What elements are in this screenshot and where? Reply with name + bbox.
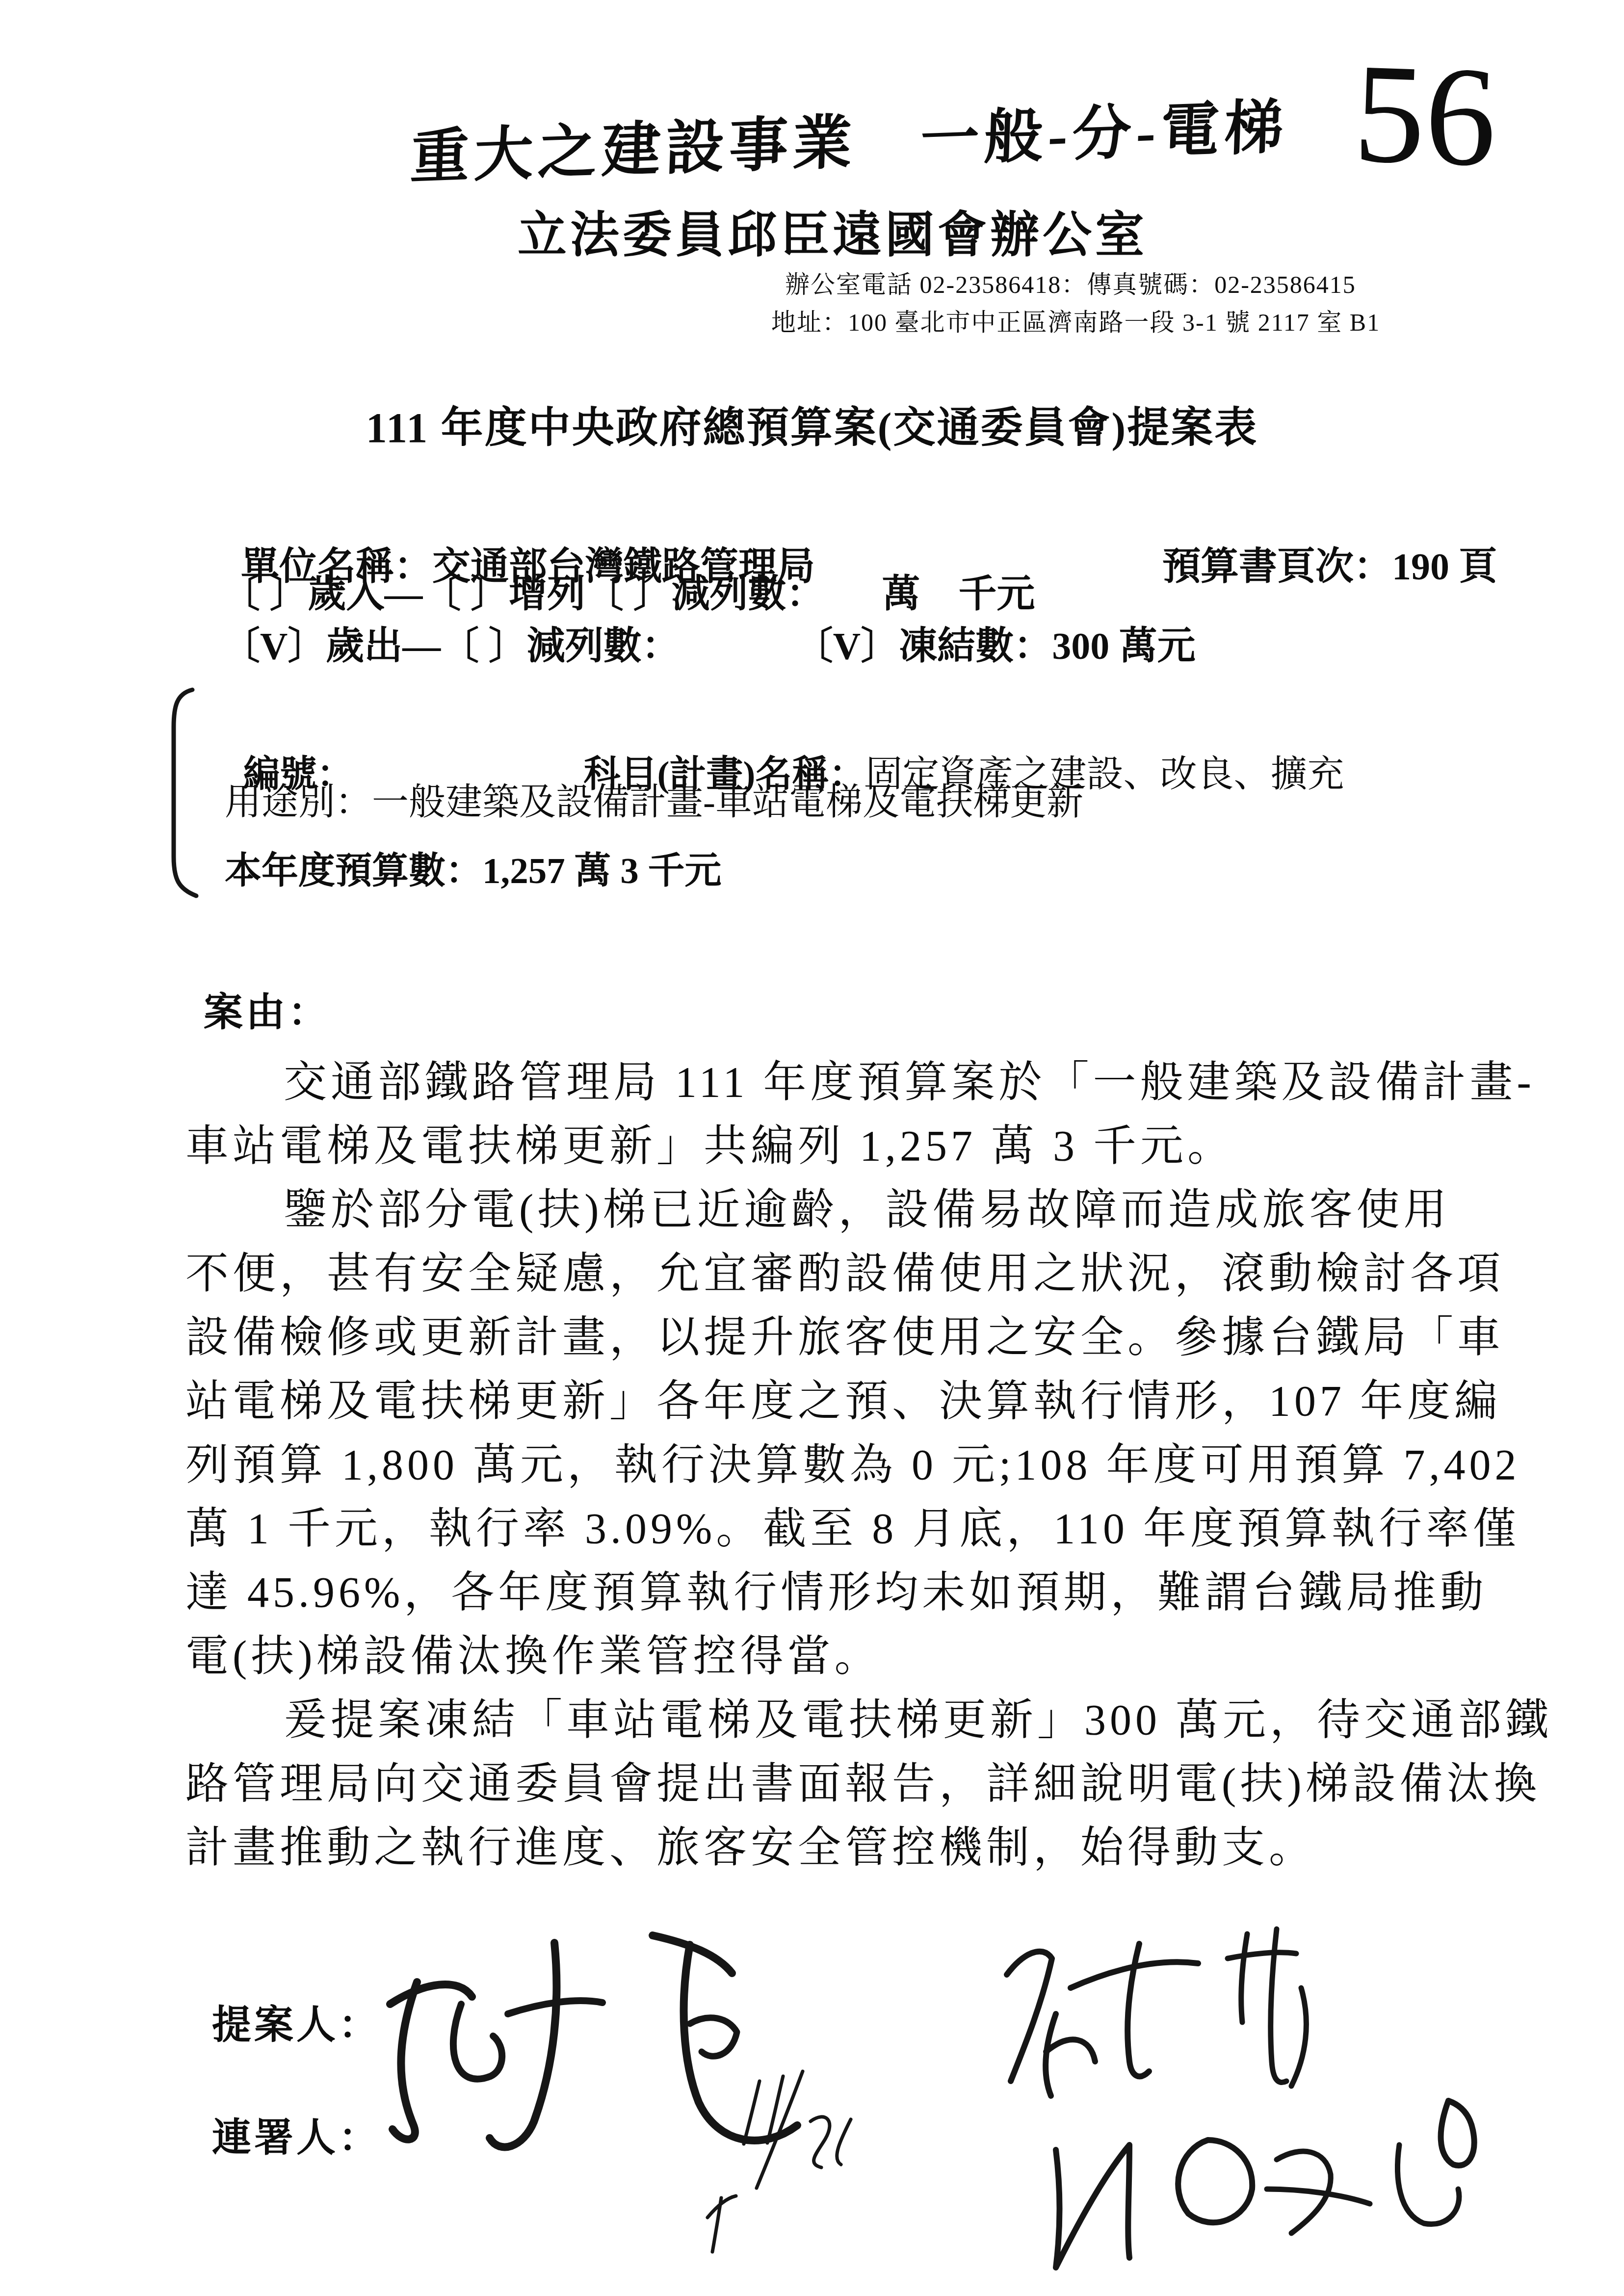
case-reason-heading: 案由： [204, 980, 330, 1037]
date-scribble [707, 2071, 851, 2252]
budget-page-value: 190 頁 [1392, 545, 1497, 588]
reason-line: 站電梯及電扶梯更新」各年度之預、決算執行情形，107 年度編 [185, 1370, 1500, 1434]
reason-line: 電(扶)梯設備汰換作業管控得當。 [185, 1625, 1500, 1689]
reason-line: 爰提案凍結「車站電梯及電扶梯更新」300 萬元，待交通部鐵 [185, 1689, 1500, 1752]
handwritten-page-number: 56 [1352, 42, 1499, 189]
signature-area [343, 1913, 1531, 2296]
expenditure-checkbox-line: 〔V〕歲出—〔 〕減列數： 〔V〕凍結數：300 萬元 [222, 615, 1196, 670]
revenue-checkbox-line: 〔 〕歲入—〔 〕增列〔 〕減列數： 萬 千元 [222, 563, 1035, 618]
cosigner-signature-1 [1007, 1929, 1306, 2096]
office-name: 立法委員邱臣遠國會辦公室 [518, 195, 1148, 266]
reason-line: 萬 1 千元，執行率 3.09%。截至 8 月底，110 年度預算執行率僅 [185, 1497, 1500, 1561]
reason-line: 計畫推動之執行進度、旅客安全管控機制，始得動支。 [185, 1816, 1500, 1880]
scanned-proposal-document: { "annotations": { "handwritten_header":… [0, 0, 1624, 2296]
usage-type-line: 用途別：一般建築及設備計畫-車站電梯及電扶梯更新 [225, 773, 1083, 825]
reason-line: 設備檢修或更新計畫，以提升旅客使用之安全。參據台鐵局「車 [185, 1306, 1500, 1370]
office-phone-fax: 辦公室電話 02-23586418：傳真號碼：02-23586415 [785, 265, 1356, 300]
reason-line: 路管理局向交通委員會提出書面報告，詳細說明電(扶)梯設備汰換 [185, 1752, 1500, 1816]
office-address: 地址：100 臺北市中正區濟南路一段 3-1 號 2117 室 B1 [771, 303, 1380, 338]
cosigner-signature-2 [1056, 2101, 1474, 2268]
handwritten-header: 重大之建設事業 一般-分-電梯 [409, 80, 1290, 195]
proposer-signature [390, 1935, 797, 2147]
case-reason-body: 交通部鐵路管理局 111 年度預算案於「一般建築及設備計畫- 車站電梯及電扶梯更… [185, 1051, 1500, 1880]
year-budget-line: 本年度預算數：1,257 萬 3 千元 [225, 841, 722, 894]
document-title: 111 年度中央政府總預算案(交通委員會)提案表 [0, 393, 1624, 454]
reason-line: 車站電梯及電扶梯更新」共編列 1,257 萬 3 千元。 [185, 1115, 1500, 1178]
reason-line: 交通部鐵路管理局 111 年度預算案於「一般建築及設備計畫- [185, 1051, 1500, 1115]
budget-page-label: 預算書頁次： [1162, 545, 1392, 588]
case-block-brace [162, 686, 201, 902]
reason-line: 達 45.96%，各年度預算執行情形均未如預期，難謂台鐵局推動 [185, 1561, 1500, 1625]
reason-line: 列預算 1,800 萬元，執行決算數為 0 元;108 年度可用預算 7,402 [185, 1434, 1500, 1497]
reason-line: 鑒於部分電(扶)梯已近逾齡，設備易故障而造成旅客使用 [185, 1178, 1500, 1242]
reason-line: 不便，甚有安全疑慮，允宜審酌設備使用之狀況，滾動檢討各項 [185, 1242, 1500, 1306]
budget-page-field: 預算書頁次：190 頁 [1143, 492, 1497, 591]
